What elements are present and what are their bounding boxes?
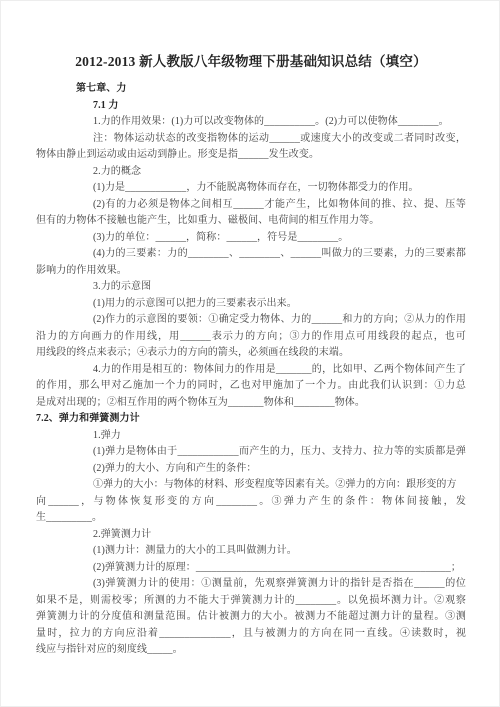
- doc-line: 2.力的概念: [93, 164, 466, 181]
- doc-line: (1)用力的示意图可以把力的三要素表示出来。: [93, 296, 466, 313]
- doc-line: (2)作力的示意图的要领：①确定受力物体、力的______和力的方向；②从力的作…: [93, 312, 466, 329]
- doc-line: 量时，拉力的方向应沿着______________，且与被测力的方向在同一直线。…: [36, 626, 466, 643]
- doc-line: (1)力是____________，力不能脱离物体而存在，一切物体都受力的作用。: [93, 180, 466, 197]
- doc-line: 注：物体运动状态的改变指物体的运动______或速度大小的改变或二者同时改变，或…: [93, 131, 466, 148]
- doc-line: ①弹力的大小：与物体的材料、形变程度等因素有关。②弹力的方向：跟形变的方: [93, 477, 466, 494]
- document-page: 2012-2013 新人教版八年级物理下册基础知识总结（填空） 第七章、力 7.…: [0, 0, 500, 707]
- doc-line: 沿力的方向画力的作用线，用______表示力的方向；③力的作用点可用线段的起点，…: [36, 329, 466, 346]
- doc-line: 用线段的终点来表示；④表示力的方向的箭头，必须画在线段的末端。: [36, 345, 466, 362]
- doc-line: 3.力的示意图: [93, 279, 466, 296]
- section-heading-7-1: 7.1 力: [93, 98, 466, 115]
- doc-line: (1)测力计：测量力的大小的工具叫做测力计。: [93, 543, 466, 560]
- doc-line: (2)弹力的大小、方向和产生的条件：: [93, 461, 466, 478]
- doc-line: 的作用，那么甲对乙施加一个力的同时，乙也对甲施加了一个力。由此我们认识到：①力总: [36, 378, 466, 395]
- doc-line: (2)弹簧测力计的原理：____________________________…: [93, 560, 466, 577]
- doc-line: 4.力的作用是相互的：物体间力的作用是_______的，比如甲、乙两个物体间产生…: [93, 362, 466, 379]
- doc-line: 线应与指针对应的刻度线_____。: [36, 642, 466, 659]
- chapter-heading: 第七章、力: [76, 81, 466, 98]
- doc-line: 但有的力物体不接触也能产生，比如重力、磁极间、电荷间的相互作用力等。: [36, 213, 466, 230]
- doc-line: 物体由静止到运动或由运动到静止。形变是指______发生改变。: [36, 147, 466, 164]
- doc-line: 如果不是，则需校零；所测的力不能大于弹簧测力计的________。以免损坏测力计…: [36, 593, 466, 610]
- doc-line: (3)力的单位：______，简称：______，符号是________。: [93, 230, 466, 247]
- doc-line: (1)弹力是物体由于____________而产生的力，压力、支持力、拉力等的实…: [93, 444, 466, 461]
- doc-line: 1.力的作用效果：(1)力可以改变物体的__________。(2)力可以使物体…: [93, 114, 466, 131]
- document-title: 2012-2013 新人教版八年级物理下册基础知识总结（填空）: [36, 52, 466, 72]
- section-heading-7-2: 7.2、弹力和弹簧测力计: [36, 411, 466, 428]
- doc-line: (2)有的力必须是物体之间相互______才能产生，比如物体间的推、拉、提、压等…: [93, 197, 466, 214]
- doc-line: 生_________。: [36, 510, 466, 527]
- doc-line: 影响力的作用效果。: [36, 263, 466, 280]
- doc-line: 是成对出现的；②相互作用的两个物体互为_______物体和________物体。: [36, 395, 466, 412]
- doc-line: (4)力的三要素：力的________、________、______叫做力的三…: [93, 246, 466, 263]
- doc-line: (3)弹簧测力计的使用：①测量前，先观察弹簧测力计的指针是否指在______的位…: [93, 576, 466, 593]
- doc-line: 2.弹簧测力计: [93, 527, 466, 544]
- doc-line: 向______，与物体恢复形变的方向________。③弹力产生的条件：物体间接…: [36, 494, 466, 511]
- doc-line: 弹簧测力计的分度值和测量范围。估计被测力的大小。被测力不能超过测力计的量程。③测: [36, 609, 466, 626]
- doc-line: 1.弹力: [93, 428, 466, 445]
